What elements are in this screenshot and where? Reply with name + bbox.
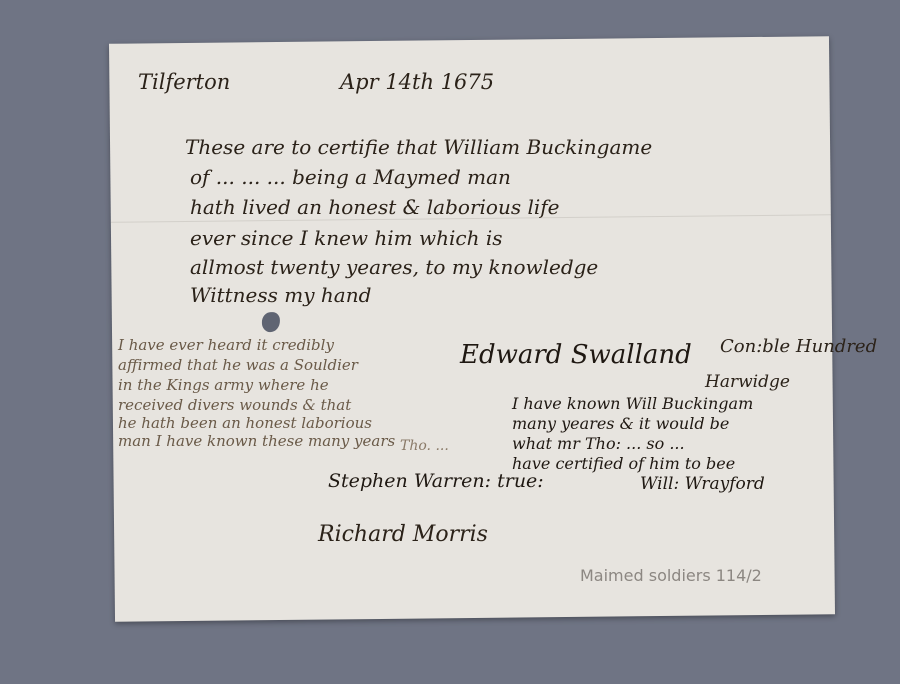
left-note-line: man I have known these many years bbox=[118, 432, 395, 450]
right-note-line: I have known Will Buckingam bbox=[512, 394, 753, 413]
signature-title: Con:ble Hundred bbox=[720, 336, 877, 357]
right-note-line: what mr Tho: ... so ... bbox=[512, 434, 685, 453]
left-note-line: he hath been an honest laborious bbox=[118, 414, 372, 432]
body-line: Wittness my hand bbox=[190, 283, 371, 307]
archive-annotation: Maimed soldiers 114/2 bbox=[580, 566, 762, 585]
left-note-line: I have ever heard it credibly bbox=[118, 336, 334, 354]
body-line: of ... ... ... being a Maymed man bbox=[190, 165, 511, 189]
paper-hole bbox=[262, 312, 280, 332]
left-note-line: in the Kings army where he bbox=[118, 376, 329, 394]
signature-edward: Edward Swalland bbox=[460, 340, 692, 370]
left-note-line: affirmed that he was a Souldier bbox=[118, 356, 358, 374]
left-note-signature: Tho. ... bbox=[400, 438, 449, 454]
heading-place: Tilferton bbox=[138, 70, 230, 94]
body-line: These are to certifie that William Bucki… bbox=[185, 135, 652, 159]
heading-date: Apr 14th 1675 bbox=[340, 70, 494, 94]
body-line: allmost twenty yeares, to my knowledge bbox=[190, 255, 598, 279]
right-note-line: many yeares & it would be bbox=[512, 414, 729, 433]
signature-wrayford: Will: Wrayford bbox=[640, 474, 765, 494]
right-note-line: have certified of him to bee bbox=[512, 454, 735, 473]
body-line: ever since I knew him which is bbox=[190, 226, 503, 250]
signature-stephen: Stephen Warren: true: bbox=[328, 470, 544, 492]
place-note: Harwidge bbox=[705, 372, 790, 392]
left-note-line: received divers wounds & that bbox=[118, 396, 351, 414]
body-line: hath lived an honest & laborious life bbox=[190, 195, 559, 219]
signature-richard: Richard Morris bbox=[318, 522, 488, 547]
